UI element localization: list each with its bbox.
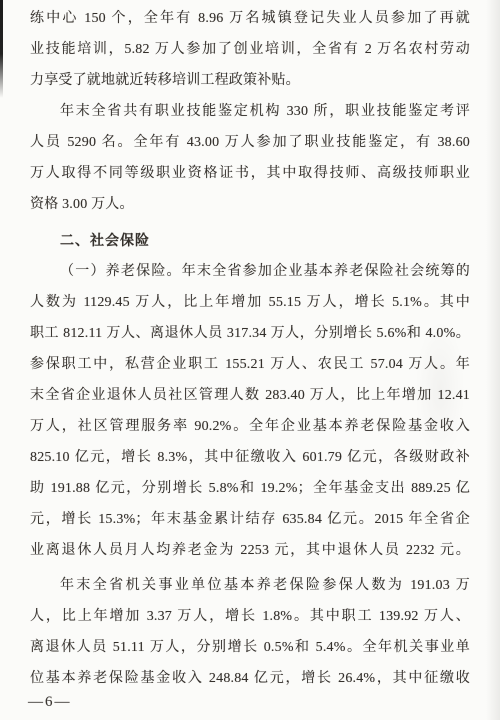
text-line: 练中心 150 个，全年有 8.96 万名城镇登记失业人员参加了再就: [30, 3, 470, 34]
text-line: 业离退休人员月人均养老金为 2253 元，其中退休人员 2232 元。: [30, 535, 470, 566]
text-line: 力享受了就地就近转移培训工程政策补贴。: [30, 65, 470, 96]
page-number: —6—: [28, 692, 72, 712]
text-line: 位基本养老保险基金收入 248.84 亿元，增长 26.4%，其中征缴收: [30, 663, 470, 694]
scan-edge-artifact: [0, 0, 3, 98]
text-line: 825.10 亿元，增长 8.3%，其中征缴收入 601.79 亿元，各级财政补: [30, 442, 470, 473]
text-line: 职工 812.11 万人、离退休人员 317.34 万人，分别增长 5.6%和 …: [30, 318, 470, 349]
scan-shade-right: [486, 0, 500, 720]
text-line: 末全省企业退休人员社区管理人数 283.40 万人，比上年增加 12.41: [30, 380, 470, 411]
text-line: 人，比上年增加 3.37 万人，增长 1.8%。其中职工 139.92 万人、: [30, 601, 470, 632]
text-line: 助 191.88 亿元，分别增长 5.8%和 19.2%；全年基金支出 889.…: [30, 473, 470, 504]
text-line: 参保职工中，私营企业职工 155.21 万人、农民工 57.04 万人。年: [30, 349, 470, 380]
text-line: 资格 3.00 万人。: [30, 189, 470, 220]
text-line: 人数为 1129.45 万人，比上年增加 55.15 万人，增长 5.1%。其中: [30, 287, 470, 318]
text-line: 业技能培训，5.82 万人参加了创业培训，全省有 2 万名农村劳动: [30, 34, 470, 65]
text-line: 元，增长 15.3%；年末基金累计结存 635.84 亿元。2015 年全省企: [30, 504, 470, 535]
text-line: 人员 5290 名。全年有 43.00 万人参加了职业技能鉴定，有 38.60: [30, 127, 470, 158]
text-line: 年末全省机关事业单位基本养老保险参保人数为 191.03 万: [30, 570, 470, 601]
document-body: 练中心 150 个，全年有 8.96 万名城镇登记失业人员参加了再就业技能培训，…: [30, 3, 470, 694]
text-line: 万人，社区管理服务率 90.2%。全年企业基本养老保险基金收入: [30, 411, 470, 442]
text-line: 离退休人员 51.11 万人，分别增长 0.5%和 5.4%。全年机关事业单: [30, 632, 470, 663]
text-line: 万人取得不同等级职业资格证书，其中取得技师、高级技师职业: [30, 158, 470, 189]
text-line: 年末全省共有职业技能鉴定机构 330 所，职业技能鉴定考评: [30, 96, 470, 127]
document-page: 练中心 150 个，全年有 8.96 万名城镇登记失业人员参加了再就业技能培训，…: [0, 0, 500, 720]
text-line: （一）养老保险。年末全省参加企业基本养老保险社会统筹的: [30, 256, 470, 287]
section-heading: 二、社会保险: [30, 225, 470, 256]
